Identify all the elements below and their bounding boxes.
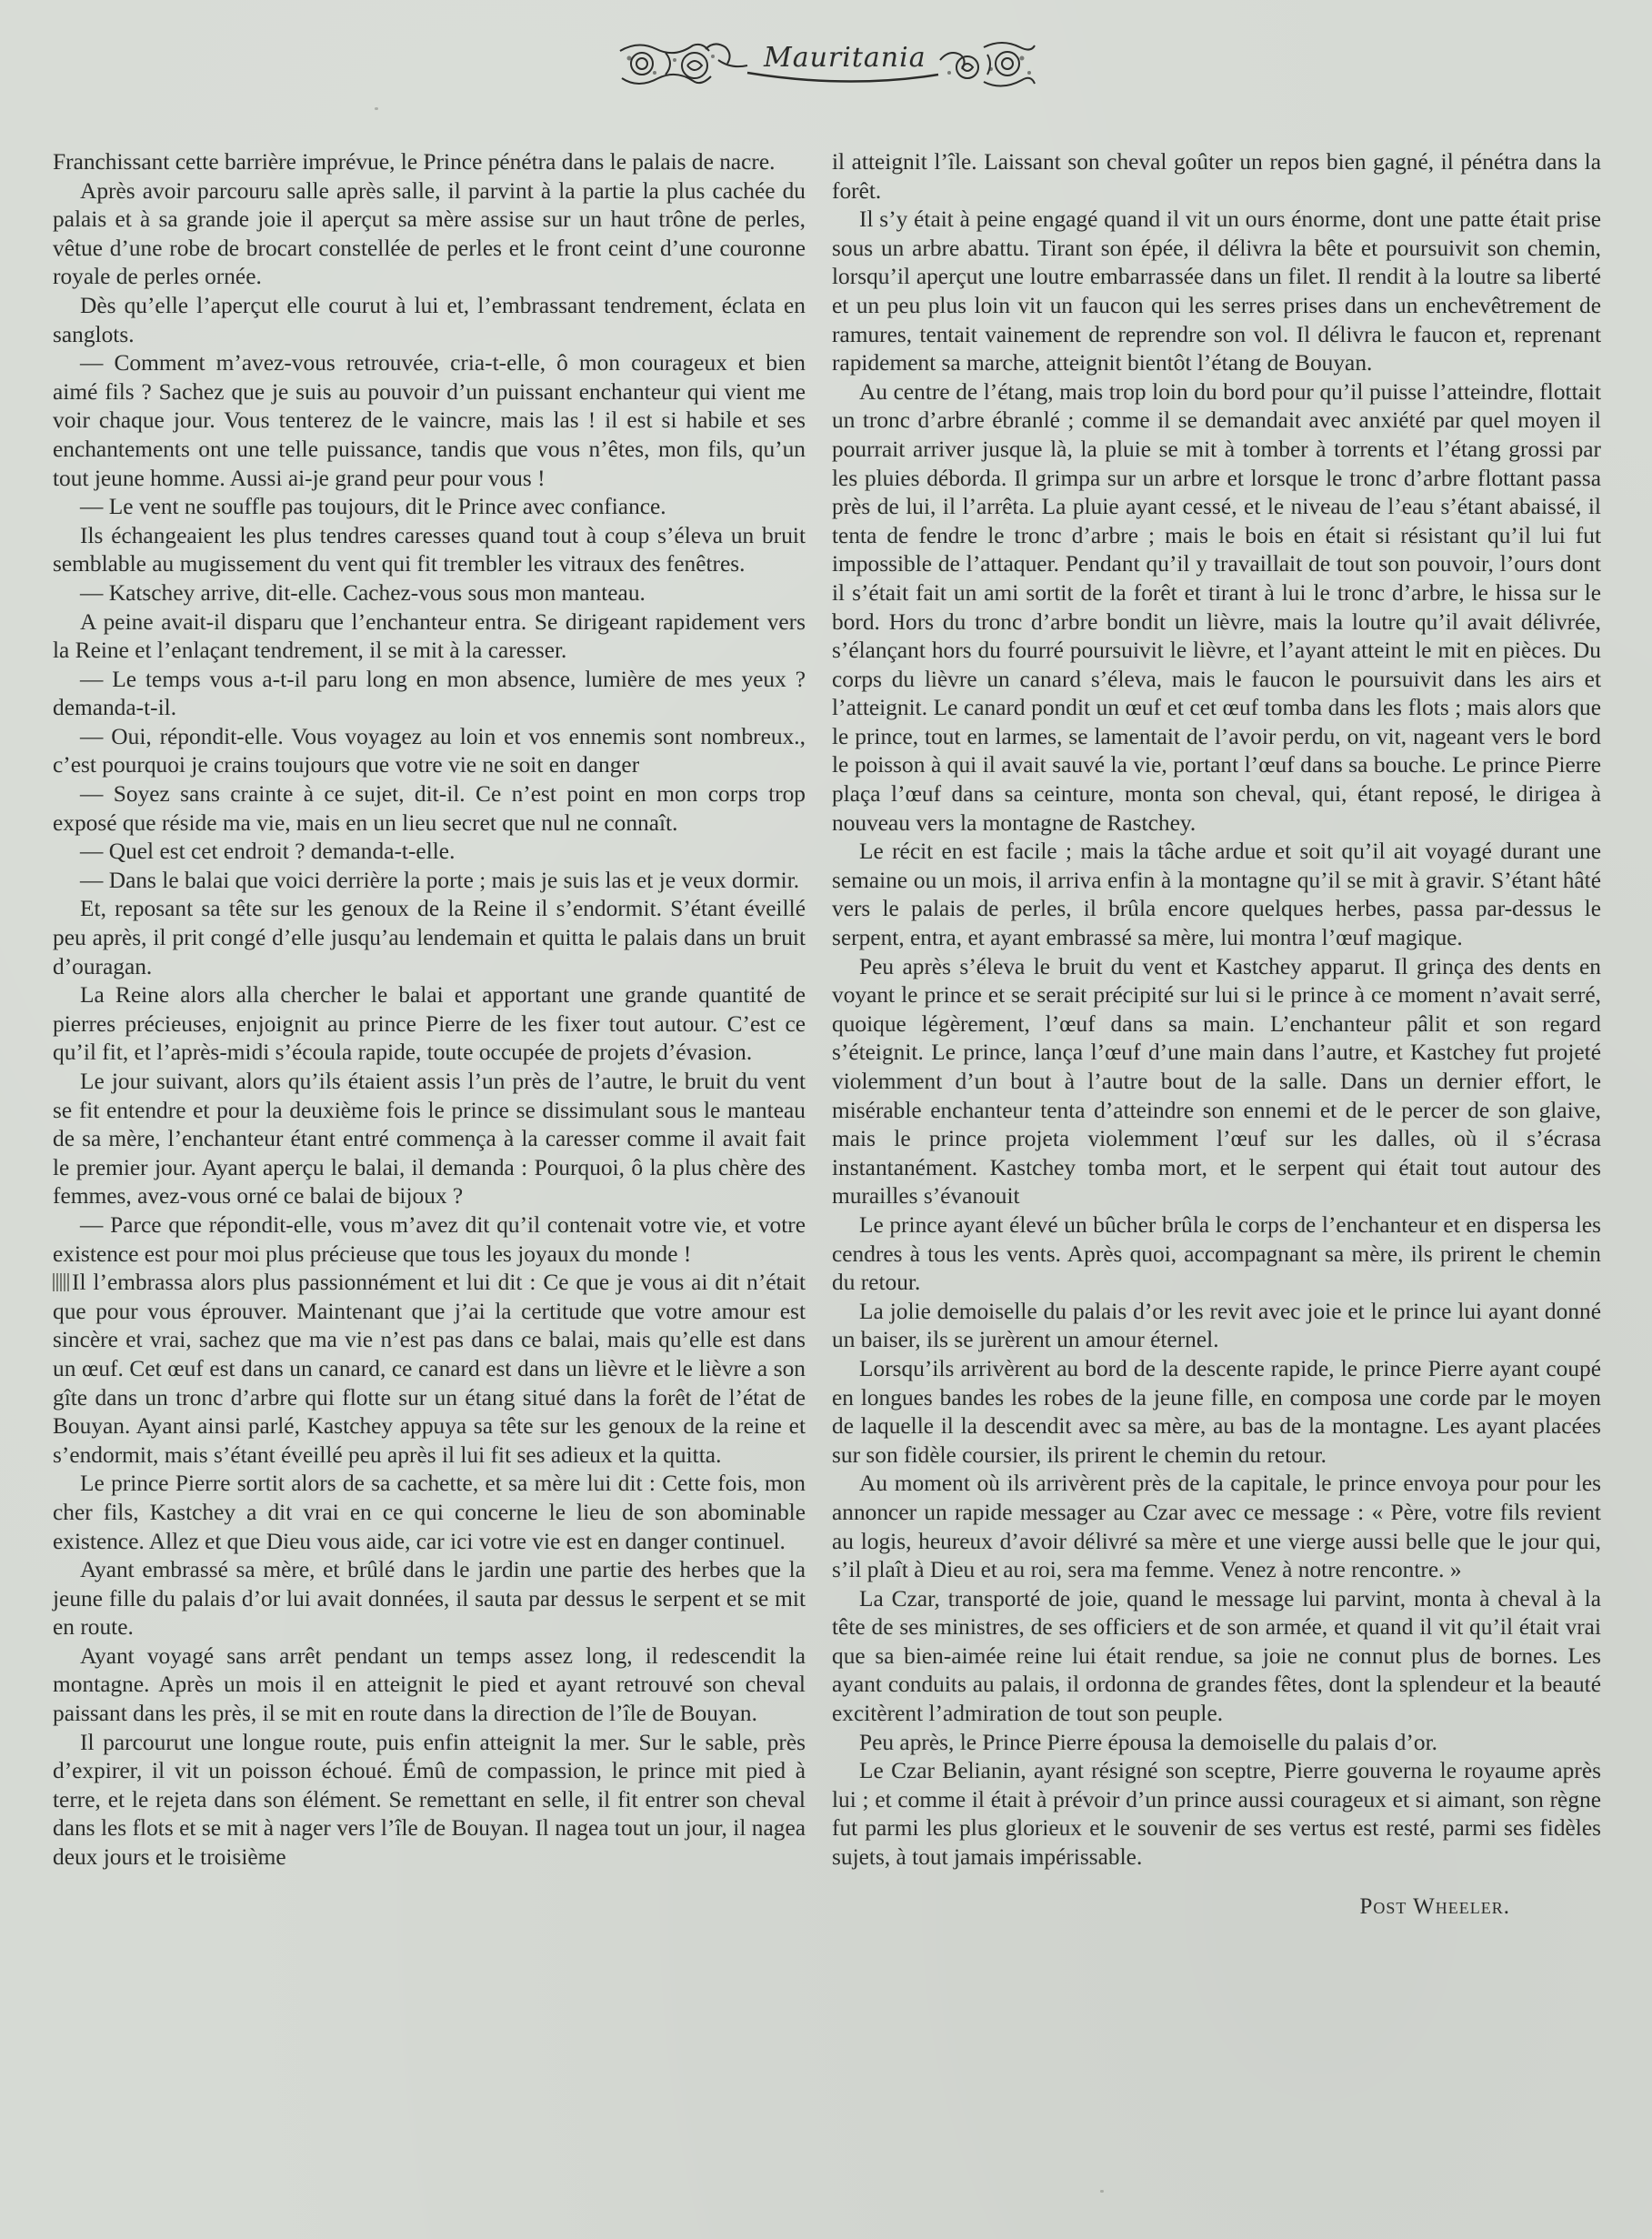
article-paragraph: il atteignit l’île. Laissant son cheval … xyxy=(832,148,1601,206)
paragraph-text: La jolie demoiselle du palais d’or les r… xyxy=(832,1299,1601,1353)
article-paragraph: Il parcourut une longue route, puis enfi… xyxy=(53,1729,806,1873)
masthead-ornament: Mauritania xyxy=(611,33,1038,96)
article-paragraph: — Soyez sans crainte à ce sujet, dit-il.… xyxy=(53,780,806,838)
paragraph-text: Le prince Pierre sortit alors de sa cach… xyxy=(53,1471,806,1553)
article-paragraph: Le prince Pierre sortit alors de sa cach… xyxy=(53,1470,806,1556)
article-paragraph: — Oui, répondit-elle. Vous voyagez au lo… xyxy=(53,723,806,780)
paragraph-text: Le prince ayant élevé un bûcher brûla le… xyxy=(832,1212,1601,1295)
left-text-column: Franchissant cette barrière imprévue, le… xyxy=(53,148,806,1873)
article-paragraph: Le récit en est facile ; mais la tâche a… xyxy=(832,838,1601,952)
print-smudge-mark xyxy=(53,1273,69,1291)
article-paragraph: Après avoir parcouru salle après salle, … xyxy=(53,177,806,292)
article-paragraph: Le prince ayant élevé un bûcher brûla le… xyxy=(832,1211,1601,1298)
paragraph-text: Et, reposant sa tête sur les genoux de l… xyxy=(53,896,806,979)
paragraph-text: il atteignit l’île. Laissant son cheval … xyxy=(832,149,1601,204)
paragraph-text: — Soyez sans crainte à ce sujet, dit-il.… xyxy=(53,781,806,836)
paragraph-text: — Dans le balai que voici derrière la po… xyxy=(80,868,799,893)
paragraph-text: — Comment m’avez-vous retrouvée, cria-t-… xyxy=(53,350,806,490)
paragraph-text: Ayant voyagé sans arrêt pendant un temps… xyxy=(53,1643,806,1726)
paragraph-text: — Katschey arrive, dit-elle. Cachez-vous… xyxy=(80,580,646,606)
paragraph-text: Ayant embrassé sa mère, et brûlé dans le… xyxy=(53,1557,806,1640)
paragraph-text: — Parce que répondit-elle, vous m’avez d… xyxy=(53,1212,806,1267)
article-paragraph: Ayant voyagé sans arrêt pendant un temps… xyxy=(53,1642,806,1729)
article-paragraph: Lorsqu’ils arrivèrent au bord de la desc… xyxy=(832,1355,1601,1470)
article-paragraph: Le jour suivant, alors qu’ils étaient as… xyxy=(53,1068,806,1211)
paragraph-text: Peu après s’éleva le bruit du vent et Ka… xyxy=(832,954,1601,1210)
article-paragraph: Il s’y était à peine engagé quand il vit… xyxy=(832,206,1601,378)
magazine-page: Mauritania Franchissant cette barrière i… xyxy=(0,0,1652,2239)
paragraph-text: Il s’y était à peine engagé quand il vit… xyxy=(832,206,1601,376)
article-paragraph: Dès qu’elle l’aperçut elle courut à lui … xyxy=(53,292,806,349)
article-paragraph: — Comment m’avez-vous retrouvée, cria-t-… xyxy=(53,349,806,493)
paragraph-text: A peine avait-il disparu que l’enchanteu… xyxy=(53,609,806,664)
paragraph-text: Le jour suivant, alors qu’ils étaient as… xyxy=(53,1069,806,1209)
article-paragraph: — Le temps vous a-t-il paru long en mon … xyxy=(53,666,806,723)
article-paragraph: Franchissant cette barrière imprévue, le… xyxy=(53,148,806,177)
article-paragraph: — Quel est cet endroit ? demanda-t-elle. xyxy=(53,838,806,867)
paragraph-text: Il l’embrassa alors plus passionnément e… xyxy=(53,1270,806,1468)
article-paragraph: Au centre de l’étang, mais trop loin du … xyxy=(832,378,1601,838)
paragraph-text: Le récit en est facile ; mais la tâche a… xyxy=(832,838,1601,950)
article-paragraph: Le Czar Belianin, ayant résigné son scep… xyxy=(832,1757,1601,1872)
paragraph-text: — Quel est cet endroit ? demanda-t-elle. xyxy=(80,838,455,864)
article-paragraph: Au moment où ils arrivèrent près de la c… xyxy=(832,1470,1601,1584)
paragraph-text: Au centre de l’étang, mais trop loin du … xyxy=(832,379,1601,836)
paragraph-text: Au moment où ils arrivèrent près de la c… xyxy=(832,1471,1601,1582)
paragraph-text: Après avoir parcouru salle après salle, … xyxy=(53,178,806,290)
paragraph-text: — Le vent ne souffle pas toujours, dit l… xyxy=(80,494,666,519)
masthead-title: Mauritania xyxy=(764,42,926,74)
paragraph-text: Dès qu’elle l’aperçut elle courut à lui … xyxy=(53,293,806,347)
article-paragraph: Ils échangeaient les plus tendres caress… xyxy=(53,522,806,579)
article-paragraph: Et, reposant sa tête sur les genoux de l… xyxy=(53,895,806,981)
paragraph-text: Lorsqu’ils arrivèrent au bord de la desc… xyxy=(832,1356,1601,1468)
paragraph-text: Il parcourut une longue route, puis enfi… xyxy=(53,1730,806,1870)
article-paragraph: La Czar, transporté de joie, quand le me… xyxy=(832,1585,1601,1729)
article-paragraph: Il l’embrassa alors plus passionnément e… xyxy=(53,1269,806,1470)
article-paragraph: A peine avait-il disparu que l’enchanteu… xyxy=(53,608,806,666)
right-text-column: il atteignit l’île. Laissant son cheval … xyxy=(832,148,1601,1921)
paper-speck xyxy=(1100,2190,1104,2193)
paragraph-text: — Oui, répondit-elle. Vous voyagez au lo… xyxy=(53,724,806,778)
article-paragraph: Peu après, le Prince Pierre épousa la de… xyxy=(832,1729,1601,1758)
paragraph-text: — Le temps vous a-t-il paru long en mon … xyxy=(53,667,806,721)
paragraph-text: La Czar, transporté de joie, quand le me… xyxy=(832,1586,1601,1726)
article-paragraph: — Le vent ne souffle pas toujours, dit l… xyxy=(53,493,806,522)
author-signature: Post Wheeler. xyxy=(832,1893,1601,1922)
paragraph-text: La Reine alors alla chercher le balai et… xyxy=(53,982,806,1065)
paragraph-text: Ils échangeaient les plus tendres caress… xyxy=(53,523,806,577)
article-paragraph: Peu après s’éleva le bruit du vent et Ka… xyxy=(832,953,1601,1211)
article-paragraph: La Reine alors alla chercher le balai et… xyxy=(53,981,806,1068)
article-paragraph: Ayant embrassé sa mère, et brûlé dans le… xyxy=(53,1556,806,1642)
article-paragraph: — Katschey arrive, dit-elle. Cachez-vous… xyxy=(53,579,806,608)
paragraph-text: Franchissant cette barrière imprévue, le… xyxy=(53,149,776,175)
article-paragraph: La jolie demoiselle du palais d’or les r… xyxy=(832,1298,1601,1355)
paragraph-text: Le Czar Belianin, ayant résigné son scep… xyxy=(832,1758,1601,1870)
article-paragraph: — Dans le balai que voici derrière la po… xyxy=(53,867,806,896)
paragraph-text: Peu après, le Prince Pierre épousa la de… xyxy=(859,1730,1437,1755)
article-paragraph: — Parce que répondit-elle, vous m’avez d… xyxy=(53,1211,806,1269)
paper-speck xyxy=(375,107,378,110)
